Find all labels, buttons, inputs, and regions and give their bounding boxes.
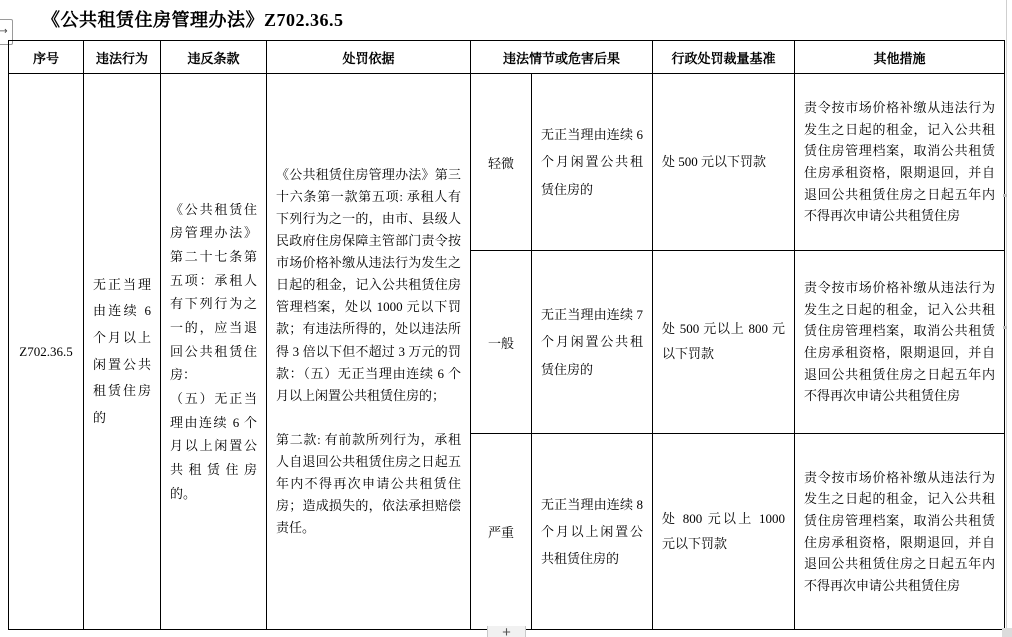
other-measures-cell: 责令按市场价格补缴从违法行为发生之日起的租金，记入公共租赁住房管理档案，取消公共…: [795, 74, 1005, 251]
severity-cell: 轻微: [471, 74, 532, 251]
benchmark-cell: 处 800 元以上 1000 元以下罚款: [653, 434, 795, 630]
document-page: → 《公共租赁住房管理办法》Z702.36.5 序号 违法行为 违反条款 处罚依…: [0, 0, 1012, 637]
header-clause: 违反条款: [161, 41, 267, 74]
circumstance-cell: 无正当理由连续 7 个月闲置公共租赁住房的: [532, 251, 653, 434]
header-row: 序号 违法行为 违反条款 处罚依据 违法情节或危害后果 行政处罚裁量基准 其他措…: [9, 41, 1005, 74]
scrollbar-tick[interactable]: [1003, 326, 1007, 329]
page-title: 《公共租赁住房管理办法》Z702.36.5: [42, 6, 344, 32]
table-row-light: Z702.36.5 无正当理由连续 6 个月以上闲置公共租赁住房的 《公共租赁住…: [9, 74, 1005, 251]
header-other: 其他措施: [795, 41, 1005, 74]
header-benchmark: 行政处罚裁量基准: [653, 41, 795, 74]
penalty-discretion-table: 序号 违法行为 违反条款 处罚依据 违法情节或危害后果 行政处罚裁量基准 其他措…: [8, 40, 1005, 630]
scrollbar-corner: [1002, 628, 1012, 637]
benchmark-cell: 处 500 元以下罚款: [653, 74, 795, 251]
right-edge-divider: [1006, 0, 1007, 637]
other-measures-cell: 责令按市场价格补缴从违法行为发生之日起的租金，记入公共租赁住房管理档案，取消公共…: [795, 434, 1005, 630]
header-circumstance: 违法情节或危害后果: [471, 41, 653, 74]
basis-paragraph-1: 《公共租赁住房管理办法》第三十六条第一款第五项: 承租人有下列行为之一的，由市、…: [276, 164, 461, 407]
clause-paragraph-1: 《公共租赁住房管理办法》第二十七条第五项：承租人有下列行为之一的，应当退回公共租…: [170, 198, 257, 387]
benchmark-cell: 处 500 元以上 800 元以下罚款: [653, 251, 795, 434]
add-sheet-button[interactable]: +: [487, 626, 526, 637]
circumstance-cell: 无正当理由连续 6 个月闲置公共租赁住房的: [532, 74, 653, 251]
header-seq: 序号: [9, 41, 84, 74]
seq-cell: Z702.36.5: [9, 74, 84, 630]
basis-paragraph-2: 第二款: 有前款所列行为，承租人自退回公共租赁住房之日起五年内不得再次申请公共租…: [276, 429, 461, 539]
scrollbar-tick[interactable]: [1003, 194, 1007, 197]
clause-paragraph-2: （五）无正当理由连续 6 个月以上闲置公共租赁住房的。: [170, 387, 257, 505]
header-basis: 处罚依据: [267, 41, 471, 74]
severity-cell: 严重: [471, 434, 532, 630]
circumstance-cell: 无正当理由连续 8 个月以上闲置公共租赁住房的: [532, 434, 653, 630]
basis-cell: 《公共租赁住房管理办法》第三十六条第一款第五项: 承租人有下列行为之一的，由市、…: [267, 74, 471, 630]
severity-cell: 一般: [471, 251, 532, 434]
clause-cell: 《公共租赁住房管理办法》第二十七条第五项：承租人有下列行为之一的，应当退回公共租…: [161, 74, 267, 630]
other-measures-cell: 责令按市场价格补缴从违法行为发生之日起的租金，记入公共租赁住房管理档案，取消公共…: [795, 251, 1005, 434]
header-behavior: 违法行为: [84, 41, 161, 74]
behavior-cell: 无正当理由连续 6 个月以上闲置公共租赁住房的: [84, 74, 161, 630]
